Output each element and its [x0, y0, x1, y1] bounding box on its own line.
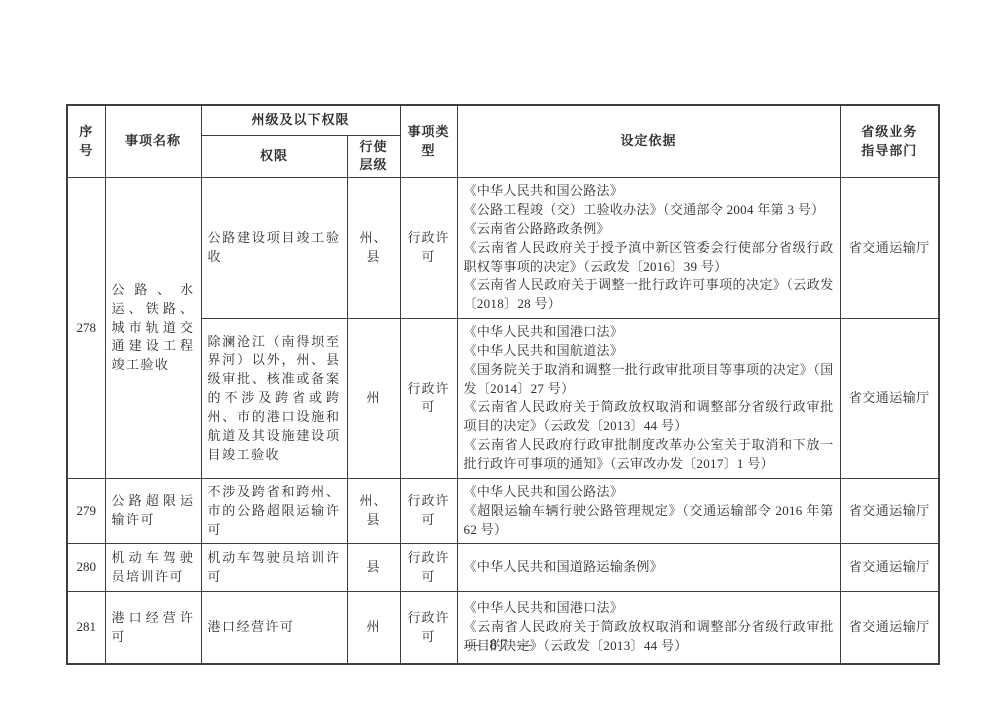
cell-authority: 不涉及跨省和跨州、市的公路超限运输许可	[201, 478, 347, 544]
basis-entry: 《云南省人民政府关于授予滇中新区管委会行使部分省级行政职权等事项的决定》（云政发…	[464, 239, 834, 277]
basis-entry: 《云南省人民政府行政审批制度改革办公室关于取消和下放一批行政许可事项的通知》（云…	[464, 436, 834, 474]
cell-item-type: 行政许可	[400, 319, 457, 479]
cell-exercise-level: 州、县	[347, 478, 400, 544]
column-header-item-name: 事项名称	[105, 105, 201, 178]
cell-provincial-dept: 省交通运输厅	[840, 478, 939, 544]
cell-seq: 279	[67, 478, 105, 544]
basis-entry: 《中华人民共和国道路运输条例》	[464, 558, 834, 577]
cell-setting-basis: 《中华人民共和国道路运输条例》	[457, 544, 840, 592]
cell-provincial-dept: 省交通运输厅	[840, 544, 939, 592]
cell-provincial-dept: 省交通运输厅	[840, 319, 939, 479]
column-header-prefecture-authority-group: 州级及以下权限	[201, 105, 400, 135]
cell-setting-basis: 《中华人民共和国港口法》 《中华人民共和国航道法》 《国务院关于取消和调整一批行…	[457, 319, 840, 479]
cell-seq: 278	[67, 178, 105, 479]
cell-authority: 除澜沧江（南得坝至界河）以外，州、县级审批、核准或备案的不涉及跨省或跨州、市的港…	[201, 319, 347, 479]
basis-entry: 《中华人民共和国航道法》	[464, 342, 834, 361]
page-number: — 87 —	[0, 637, 1000, 654]
cell-authority: 公路建设项目竣工验收	[201, 178, 347, 319]
cell-exercise-level: 州	[347, 319, 400, 479]
cell-setting-basis: 《中华人民共和国公路法》 《公路工程竣（交）工验收办法》（交通部令 2004 年…	[457, 178, 840, 319]
basis-entry: 《中华人民共和国公路法》	[464, 483, 834, 502]
cell-item-name: 机动车驾驶员培训许可	[105, 544, 201, 592]
basis-entry: 《云南省公路路政条例》	[464, 220, 834, 239]
cell-exercise-level: 县	[347, 544, 400, 592]
cell-item-type: 行政许可	[400, 544, 457, 592]
basis-entry: 《国务院关于取消和调整一批行政审批项目等事项的决定》（国发〔2014〕27 号）	[464, 361, 834, 399]
cell-provincial-dept: 省交通运输厅	[840, 178, 939, 319]
basis-entry: 《超限运输车辆行驶公路管理规定》（交通运输部令 2016 年第 62 号）	[464, 502, 834, 540]
table-row: 278 公路、水运、铁路、城市轨道交通建设工程竣工验收 公路建设项目竣工验收 州…	[67, 178, 939, 319]
column-header-item-type: 事项类型	[400, 105, 457, 178]
cell-authority: 机动车驾驶员培训许可	[201, 544, 347, 592]
basis-entry: 《中华人民共和国港口法》	[464, 323, 834, 342]
cell-item-name: 公路、水运、铁路、城市轨道交通建设工程竣工验收	[105, 178, 201, 479]
table-row: 279 公路超限运输许可 不涉及跨省和跨州、市的公路超限运输许可 州、县 行政许…	[67, 478, 939, 544]
basis-entry: 《中华人民共和国港口法》	[464, 599, 834, 618]
column-header-seq: 序 号	[67, 105, 105, 178]
basis-entry: 《公路工程竣（交）工验收办法》（交通部令 2004 年第 3 号）	[464, 201, 834, 220]
column-header-setting-basis: 设定依据	[457, 105, 840, 178]
cell-seq: 280	[67, 544, 105, 592]
column-header-authority: 权限	[201, 135, 347, 178]
table-header: 序 号 事项名称 州级及以下权限 事项类型 设定依据 省级业务 指导部门 权限 …	[67, 105, 939, 178]
basis-entry: 《云南省人民政府关于简政放权取消和调整部分省级行政审批项目的决定》（云政发〔20…	[464, 398, 834, 436]
column-header-exercise-level: 行使 层级	[347, 135, 400, 178]
document-page: 序 号 事项名称 州级及以下权限 事项类型 设定依据 省级业务 指导部门 权限 …	[0, 0, 1000, 707]
table-row: 280 机动车驾驶员培训许可 机动车驾驶员培训许可 县 行政许可 《中华人民共和…	[67, 544, 939, 592]
basis-entry: 《云南省人民政府关于调整一批行政许可事项的决定》（云政发〔2018〕28 号）	[464, 276, 834, 314]
cell-setting-basis: 《中华人民共和国公路法》 《超限运输车辆行驶公路管理规定》（交通运输部令 201…	[457, 478, 840, 544]
cell-exercise-level: 州、县	[347, 178, 400, 319]
cell-item-type: 行政许可	[400, 178, 457, 319]
cell-item-type: 行政许可	[400, 478, 457, 544]
cell-item-name: 公路超限运输许可	[105, 478, 201, 544]
basis-entry: 《中华人民共和国公路法》	[464, 182, 834, 201]
column-header-provincial-dept: 省级业务 指导部门	[840, 105, 939, 178]
authority-table: 序 号 事项名称 州级及以下权限 事项类型 设定依据 省级业务 指导部门 权限 …	[66, 104, 940, 665]
